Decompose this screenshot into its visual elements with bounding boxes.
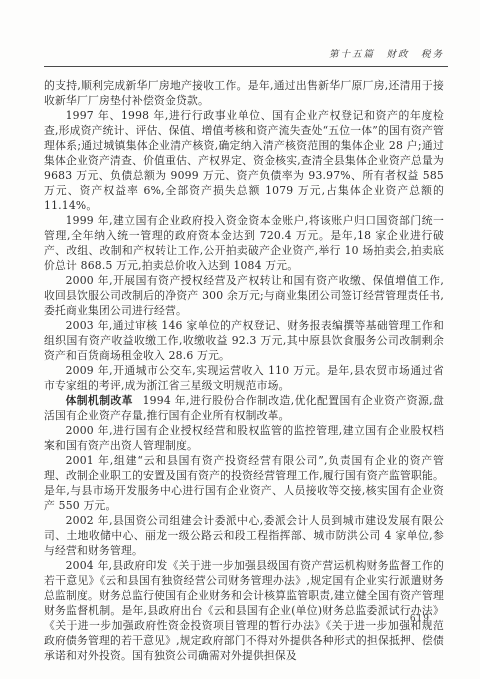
- chapter-title: 第十五篇 财政 税务: [329, 46, 444, 60]
- paragraph: 2003 年,通过审核 146 家单位的产权登记、财务报表编撰等基础管理工作和组…: [44, 318, 444, 363]
- paragraph: 2000 年,开展国有资产授权经营及产权转让和国有资产收缴、保值增值工作,收回县…: [44, 273, 444, 318]
- paragraph: 体制机制改革1994 年,进行股份合作制改造,优化配置国有企业资产资源,盘活国有…: [44, 393, 444, 423]
- paragraph-lead-term: 体制机制改革: [66, 394, 133, 407]
- paragraph: 2002 年,县国资公司组建会计委派中心,委派会计人员到城市建设发展有限公司、土…: [44, 513, 444, 558]
- paragraph: 1999 年,建立国有企业政府投入资金资本金账户,将该账户归口国资部门统一管理,…: [44, 213, 444, 273]
- page-number: 619: [410, 614, 430, 624]
- paragraph: 2001 年,组建“云和县国有资产投资经营有限公司”,负责国有企业的资产管理、改…: [44, 453, 444, 513]
- paragraph: 1997 年、1998 年,进行行政事业单位、国有企业产权登记和资产的年度检查,…: [44, 108, 444, 213]
- page-body: 的支持,顺利完成新华厂房地产接收工作。是年,通过出售新华厂原厂房,还清用于接收新…: [44, 78, 444, 663]
- paragraph: 的支持,顺利完成新华厂房地产接收工作。是年,通过出售新华厂原厂房,还清用于接收新…: [44, 78, 444, 108]
- header-rule: [44, 66, 448, 67]
- paragraph: 2004 年,县政府印发《关于进一步加强县级国有资产营运机构财务监督工作的若干意…: [44, 558, 444, 663]
- document-page: 第十五篇 财政 税务 的支持,顺利完成新华厂房地产接收工作。是年,通过出售新华厂…: [0, 0, 480, 679]
- paragraph: 2009 年,开通城市公交车,实现运营收入 110 万元。是年,县农贸市场通过省…: [44, 363, 444, 393]
- paragraph: 2000 年,进行国有企业授权经营和股权监管的监控管理,建立国有企业股权档案和国…: [44, 423, 444, 453]
